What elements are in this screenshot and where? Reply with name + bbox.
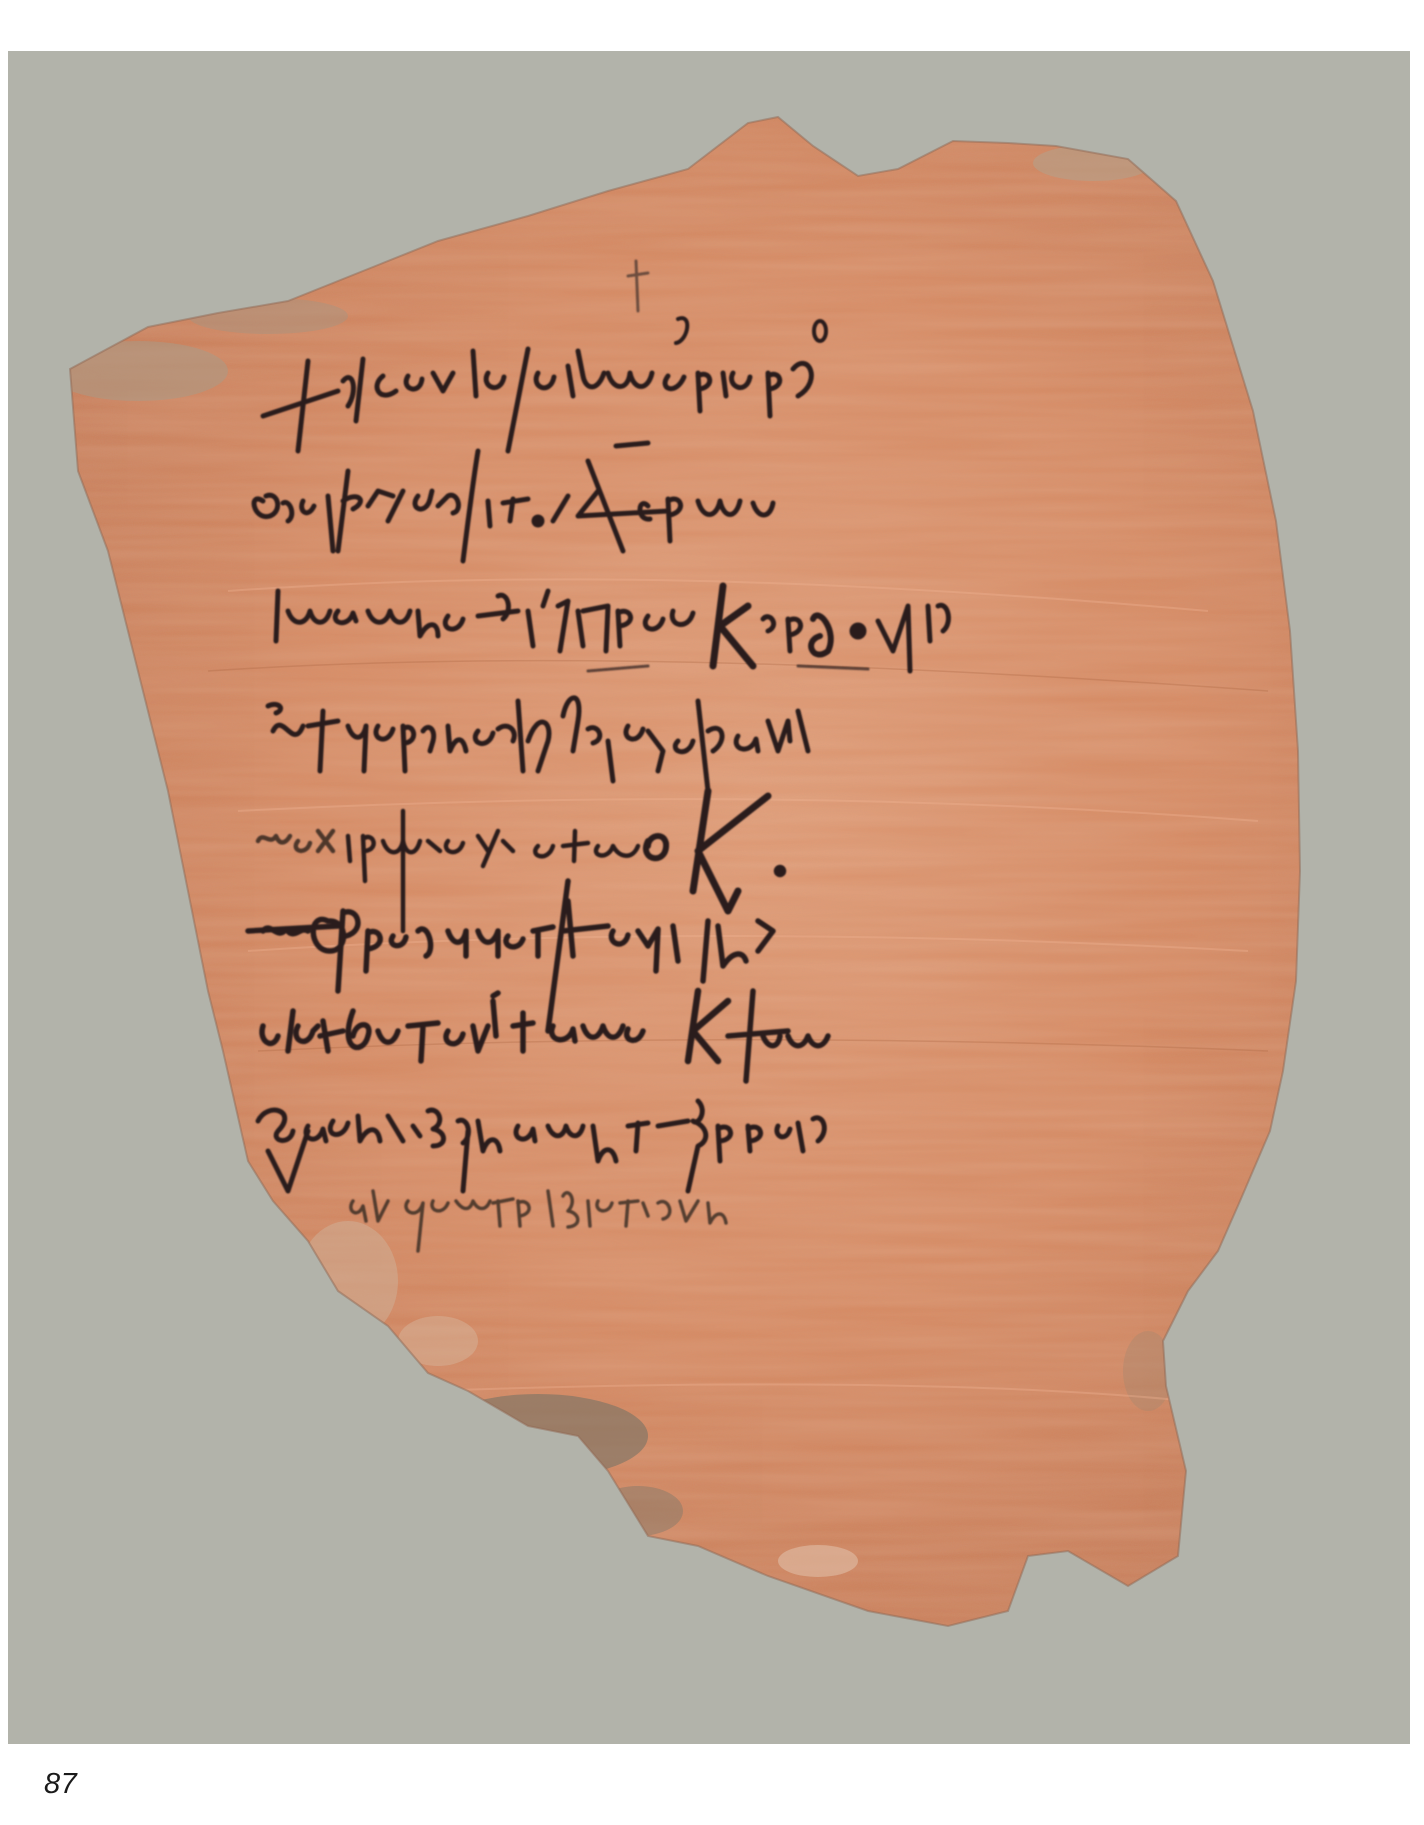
page-number: 87 [44,1768,77,1801]
ostracon-photograph [8,51,1410,1744]
sherd-body [8,51,1410,1744]
catalogue-page: 87 [0,0,1424,1825]
ostracon-illustration [8,51,1410,1744]
